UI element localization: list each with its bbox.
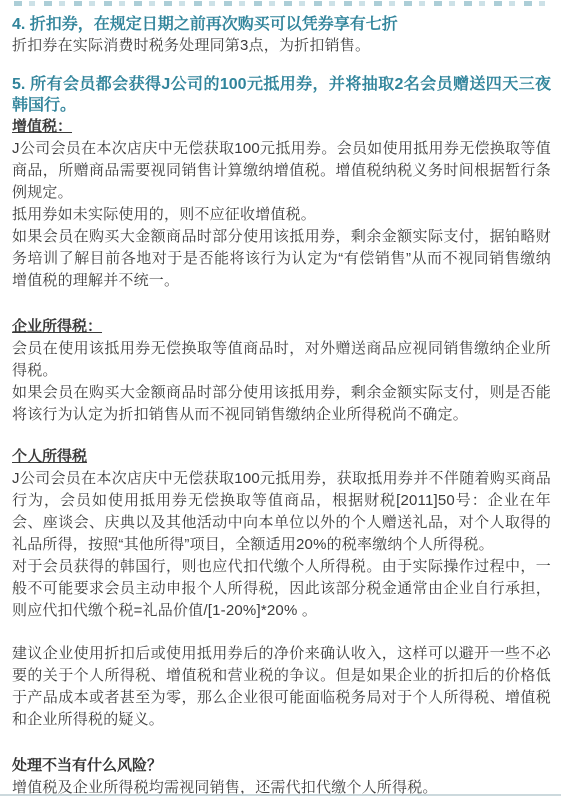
bottom-divider	[0, 794, 561, 796]
cit-paragraph-2: 如果会员在购买大金额商品时部分使用该抵用券，剩余金额实际支付，则是否能将该行为认…	[12, 382, 551, 426]
section-5-heading: 5. 所有会员都会获得J公司的100元抵用券，并将抽取2名会员赠送四天三夜韩国行…	[12, 74, 551, 116]
vat-paragraph-3: 如果会员在购买大金额商品时部分使用该抵用券，剩余金额实际支付，据铂略财务培训了解…	[12, 226, 551, 292]
iit-heading: 个人所得税	[12, 446, 87, 468]
vat-paragraph-2: 抵用券如未实际使用的，则不应征收增值税。	[12, 204, 551, 226]
vat-paragraph-1: J公司会员在本次店庆中无偿获取100元抵用券。会员如使用抵用券无偿换取等值商品，…	[12, 138, 551, 204]
cit-section: 企业所得税： 会员在使用该抵用券无偿换取等值商品时，对外赠送商品应视同销售缴纳企…	[12, 316, 551, 426]
section-4-heading: 4. 折扣券，在规定日期之前再次购买可以凭券享有七折	[12, 14, 551, 35]
iit-paragraph-1: J公司会员在本次店庆中无偿获取100元抵用券，获取抵用券并不伴随着购买商品行为，…	[12, 468, 551, 556]
section-4-body: 折扣券在实际消费时税务处理同第3点，为折扣销售。	[12, 35, 551, 57]
clipped-previous-line	[14, 1, 551, 6]
advice-paragraph: 建议企业使用折扣后或使用抵用券后的净价来确认收入，这样可以避开一些不必要的关于个…	[12, 643, 551, 731]
vat-heading: 增值税：	[12, 116, 72, 138]
cit-heading: 企业所得税：	[12, 316, 102, 338]
article-page: 4. 折扣券，在规定日期之前再次购买可以凭券享有七折 折扣券在实际消费时税务处理…	[0, 0, 561, 798]
cit-paragraph-1: 会员在使用该抵用券无偿换取等值商品时，对外赠送商品应视同销售缴纳企业所得税。	[12, 338, 551, 382]
risk-heading: 处理不当有什么风险？	[12, 755, 551, 777]
iit-paragraph-2: 对于会员获得的韩国行，则也应代扣代缴个人所得税。由于实际操作过程中，一般不可能要…	[12, 556, 551, 622]
vat-section: 增值税： J公司会员在本次店庆中无偿获取100元抵用券。会员如使用抵用券无偿换取…	[12, 116, 551, 292]
risk-section: 处理不当有什么风险？ 增值税及企业所得税均需视同销售，还需代扣代缴个人所得税。	[12, 755, 551, 798]
iit-section: 个人所得税 J公司会员在本次店庆中无偿获取100元抵用券，获取抵用券并不伴随着购…	[12, 446, 551, 622]
